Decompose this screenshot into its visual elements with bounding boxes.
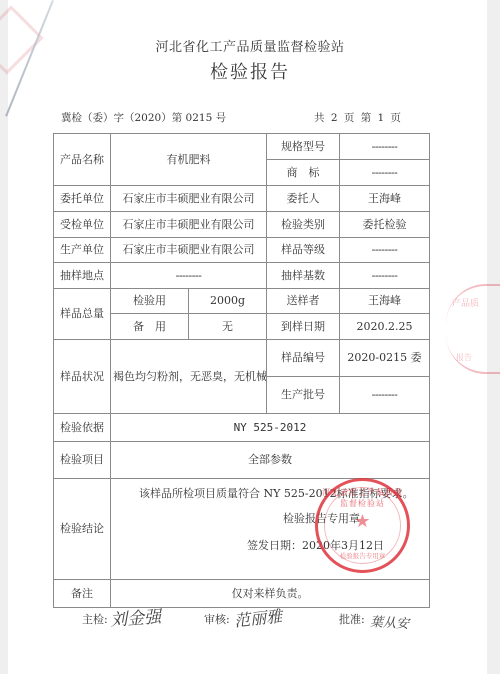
page-edge-seal-text-lower: 报告 [456,352,472,363]
sample-grade-value: -------- [340,238,430,263]
sampling-place-value: -------- [111,263,267,289]
sample-grade-label: 样品等级 [267,238,340,263]
sampling-base-label: 抽样基数 [267,263,340,289]
for-inspection-label: 检验用 [111,289,189,314]
spec-model-label: 规格型号 [267,134,340,160]
producer-value: 石家庄市丰硕肥业有限公司 [111,238,267,263]
remarks-label: 备注 [54,580,111,608]
chief-inspector-signature: 刘金强 [109,602,162,630]
sample-no-label: 样品编号 [267,340,340,377]
inspected-unit-value: 石家庄市丰硕肥业有限公司 [111,212,267,238]
sampling-place-label: 抽样地点 [54,263,111,289]
trademark-label: 商 标 [267,160,340,186]
client-unit-value: 石家庄市丰硕肥业有限公司 [111,186,267,212]
client-person-value: 王海峰 [340,186,430,212]
arrival-date-label: 到样日期 [267,314,340,340]
sampling-base-value: -------- [340,263,430,289]
sender-label: 送样者 [267,289,340,314]
issue-date: 签发日期：2020年3月12日 [247,539,384,553]
page-edge-seal-text: 产品质 [452,296,479,309]
inspection-type-label: 检验类别 [267,212,340,238]
product-name-label: 产品名称 [54,134,111,186]
inspected-unit-label: 受检单位 [54,212,111,238]
inspection-report-table: 产品名称 有机肥料 规格型号 -------- 商 标 -------- 委托单… [53,133,430,608]
inspection-type-value: 委托检验 [340,212,430,238]
page-info: 共 2 页 第 1 页 [314,110,401,125]
reserve-label: 备 用 [111,314,189,340]
for-inspection-value: 2000g [189,289,267,314]
sample-no-value: 2020-0215 委 [340,340,430,377]
batch-no-label: 生产批号 [267,377,340,414]
reserve-value: 无 [189,314,267,340]
product-name-value: 有机肥料 [111,134,267,186]
conclusion-label: 检验结论 [54,479,111,580]
reference-number: 冀检（委）字（2020）第 0215 号 [61,110,226,125]
items-label: 检验项目 [54,442,111,479]
batch-no-value: -------- [340,377,430,414]
conclusion-seal-text: 检验报告专用章 [283,512,360,526]
viewer-left-margin [0,0,8,674]
basis-value: NY 525-2012 [111,414,430,442]
producer-label: 生产单位 [54,238,111,263]
sample-total-label: 样品总量 [54,289,111,340]
reviewer-label: 审核: [204,611,230,627]
basis-label: 检验依据 [54,414,111,442]
sender-value: 王海峰 [340,289,430,314]
approver-label: 批准: [339,611,365,627]
report-title: 检验报告 [0,58,500,84]
spec-model-value: -------- [340,134,430,160]
items-value: 全部参数 [111,442,430,479]
chief-inspector-label: 主检: [82,611,108,627]
trademark-value: -------- [340,160,430,186]
station-name: 河北省化工产品质量监督检验站 [0,36,500,55]
arrival-date-value: 2020.2.25 [340,314,430,340]
client-unit-label: 委托单位 [54,186,111,212]
sample-condition-value: 褐色均匀粉剂，无恶臭，无机械杂质，透明塑料袋包装，包装完好 [111,340,267,414]
conclusion-cell: 该样品所检项目质量符合 NY 525-2012标准指标要求。 检验报告专用章 签… [111,479,430,580]
sample-condition-label: 样品状况 [54,340,111,414]
conclusion-text: 该样品所检项目质量符合 NY 525-2012标准指标要求。 [139,487,414,501]
approver-signature: 葉从安 [370,611,410,632]
client-person-label: 委托人 [267,186,340,212]
reviewer-signature: 范丽雅 [233,604,283,632]
